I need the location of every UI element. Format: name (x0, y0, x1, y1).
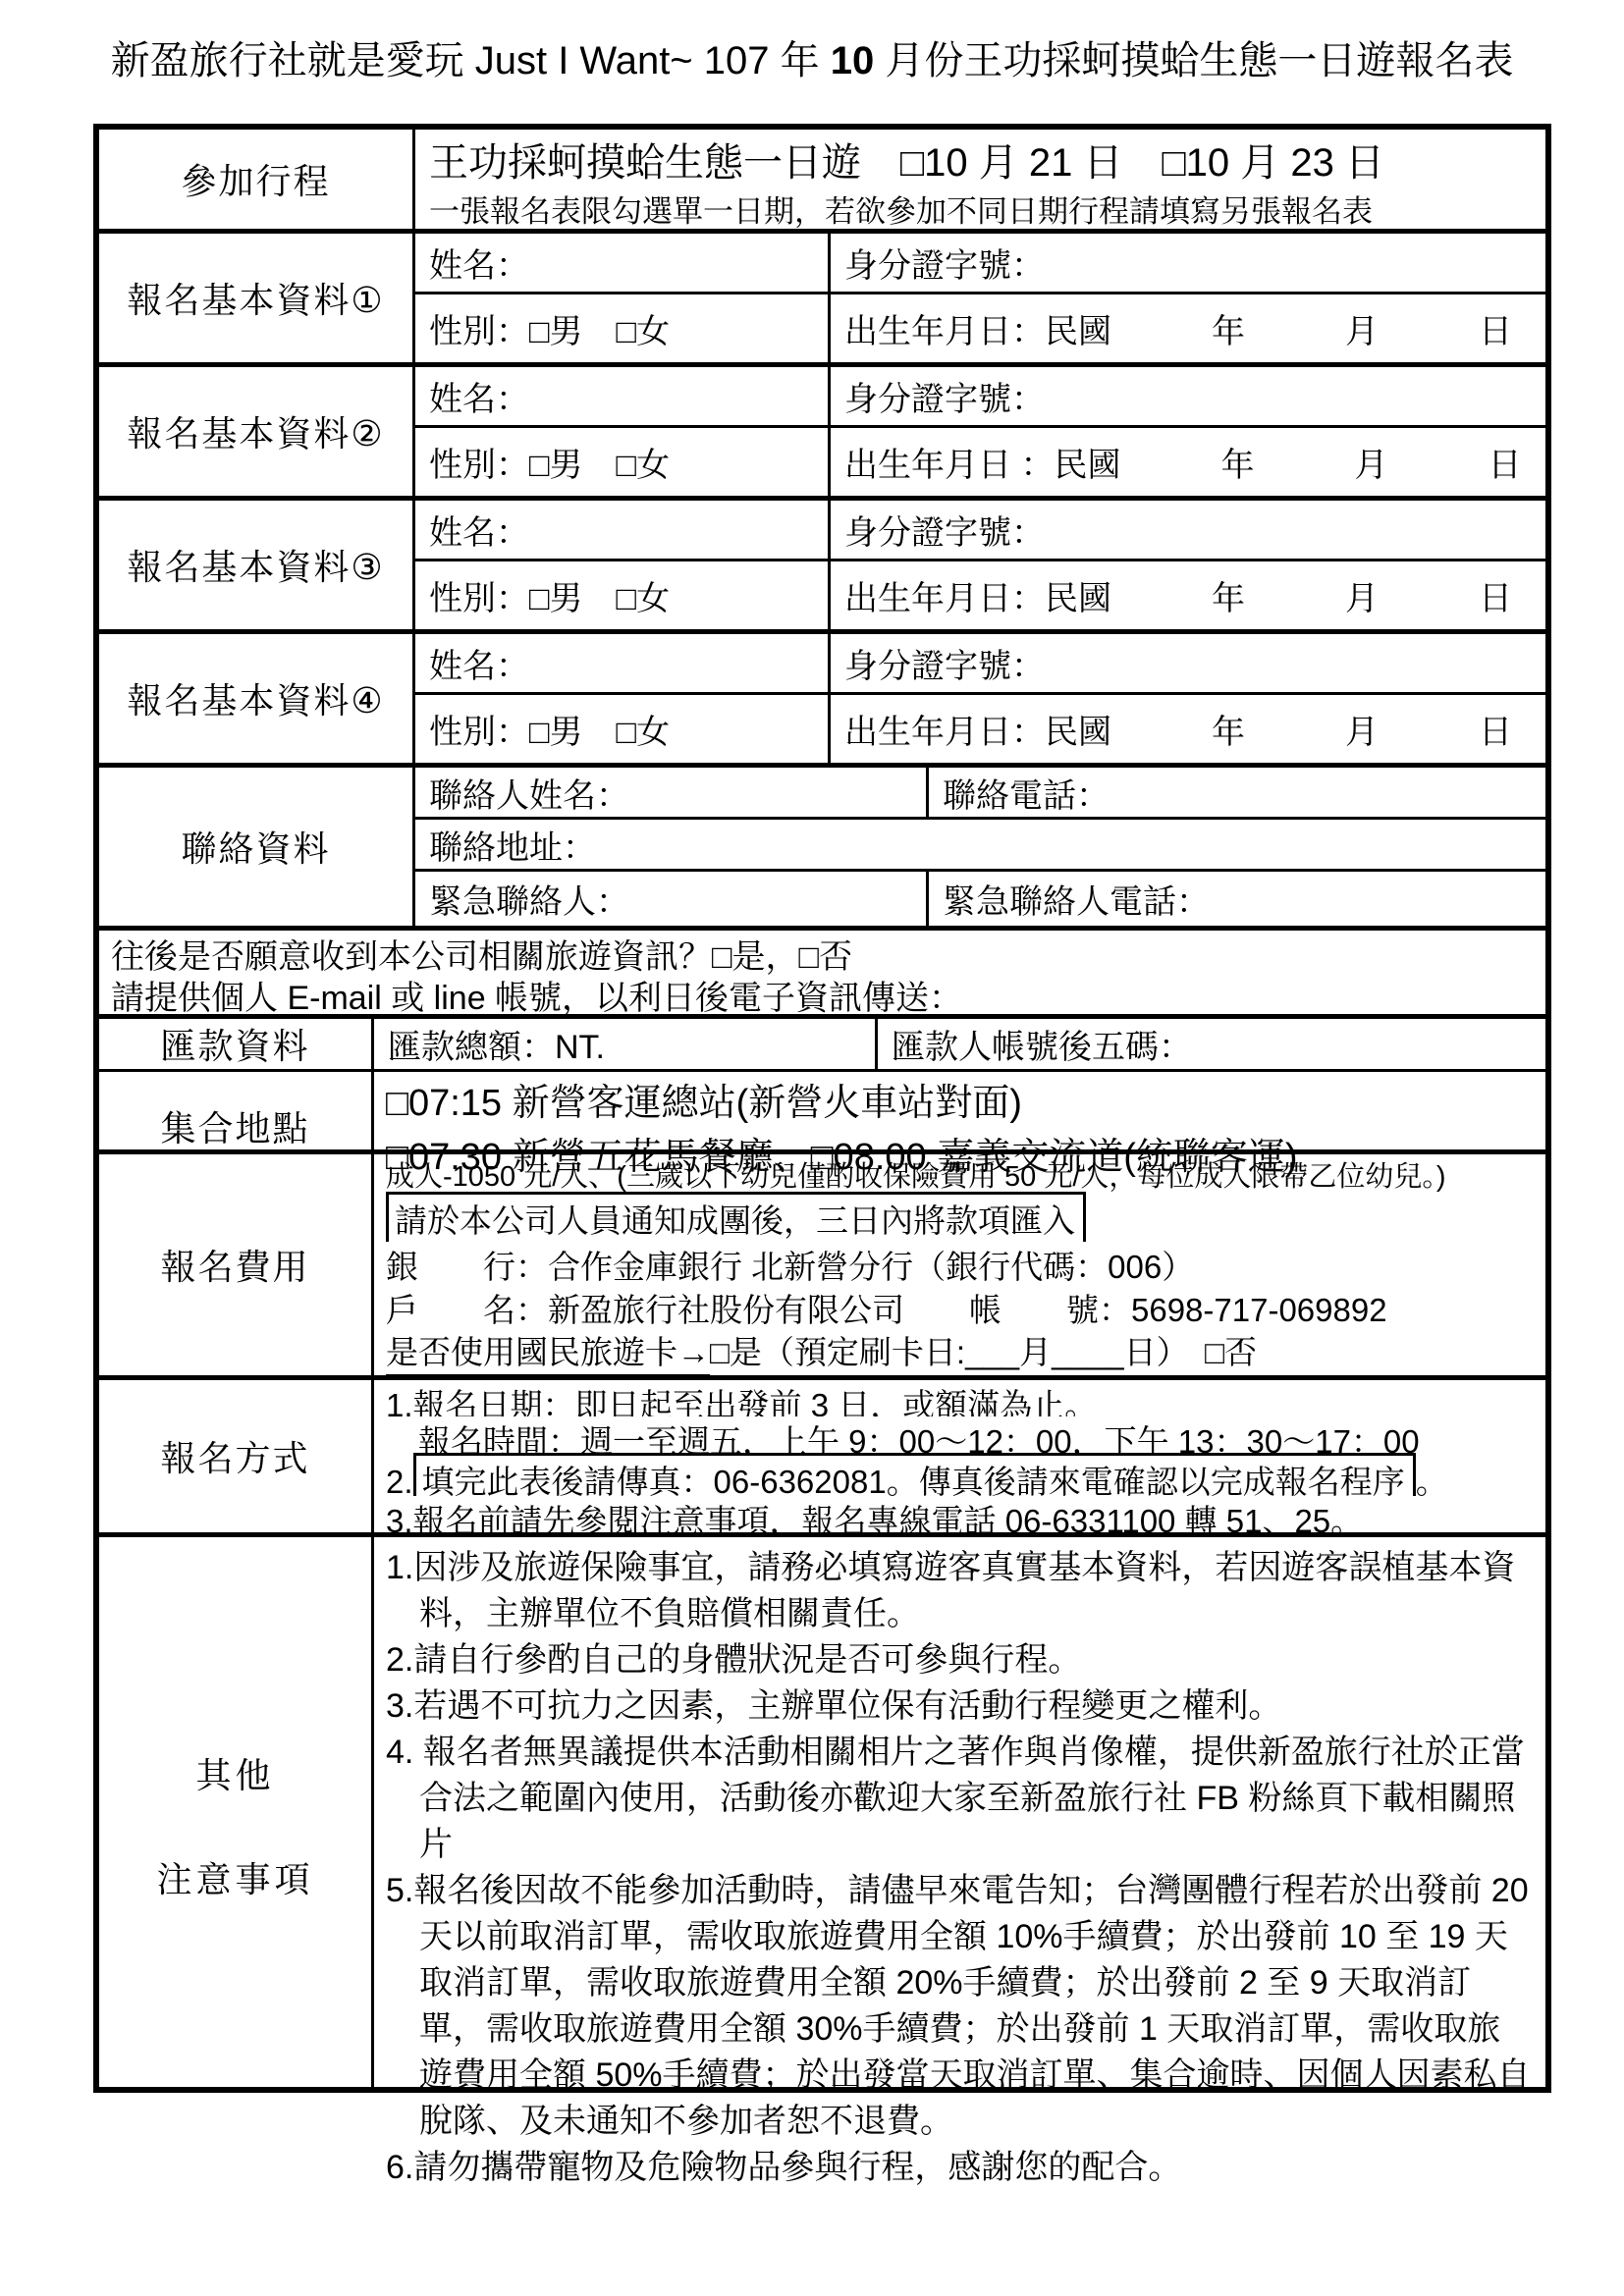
fee-deadline-line: 請於本公司人員通知成團後，三日內將款項匯入 (386, 1192, 1545, 1243)
method-hotline-line: 3.報名前請先參閱注意事項，報名專線電話 06-6331100 轉 51、25。 (386, 1496, 1545, 1532)
name-field: 姓名： (415, 234, 831, 292)
emergency-name-field: 緊急聯絡人： (415, 872, 929, 926)
note-item-1: 1.因涉及旅遊保險事宜，請務必填寫遊客真實基本資料，若因遊客誤植基本資料，主辦單… (386, 1545, 1532, 1637)
meeting-option-1: □07:15 新營客運總站(新營火車站對面) (386, 1072, 1545, 1126)
birth-field: 出生年月日 ：民國 年 月 日 (831, 428, 1545, 496)
section-trip: 參加行程 王功採蚵摸蛤生態一日遊 □10 月 21 日 □10 月 23 日 一… (99, 130, 1545, 234)
notes-label-attention: 注意事項 (156, 1852, 313, 1902)
section-marketing: 往後是否願意收到本公司相關旅遊資訊？□是，□否 請提供個人 E-mail 或 l… (99, 931, 1545, 1019)
trip-note: 一張報名表限勾選單一日期，若欲參加不同日期行程請填寫另張報名表 (415, 188, 1545, 229)
contact-address-field: 聯絡地址： (415, 820, 1545, 869)
contact-row-1: 聯絡人姓名： 聯絡電話： (415, 768, 1545, 820)
title-month-bold: 10 (831, 39, 875, 82)
note-item-4: 4. 報名者無異議提供本活動相關相片之著作與肖像權，提供新盈旅行社於正當合法之範… (386, 1730, 1532, 1868)
marketing-email-line: 請提供個人 E-mail 或 line 帳號，以利日後電子資訊傳送： (111, 978, 1545, 1019)
method-fax-line: 2.填完此表後請傳真：06-6362081。傳真後請來電確認以完成報名程序。 (386, 1453, 1545, 1496)
note-item-6: 6.請勿攜帶寵物及危險物品參與行程，感謝您的配合。 (386, 2145, 1532, 2191)
document-page: 新盈旅行社就是愛玩 Just I Want~ 107 年 10 月份王功採蚵摸蛤… (0, 0, 1624, 2296)
name-field: 姓名： (415, 501, 831, 559)
applicant-1-row-birth: 性別：□男 □女 出生年月日：民國 年 月 日 (415, 294, 1545, 362)
section-applicant-2: 報名基本資料② 姓名： 身分證字號： 性別：□男 □女 出生年月日 ：民國 年 … (99, 367, 1545, 501)
note-item-5: 5.報名後因故不能參加活動時，請儘早來電告知；台灣團體行程若於出發前 20 天以… (386, 1868, 1532, 2145)
note-item-2: 2.請自行參酌自己的身體狀況是否可參與行程。 (386, 1637, 1532, 1683)
applicant-3-label: 報名基本資料③ (99, 501, 415, 629)
id-field: 身分證字號： (831, 501, 1545, 559)
section-applicant-4: 報名基本資料④ 姓名： 身分證字號： 性別：□男 □女 出生年月日：民國 年 月… (99, 634, 1545, 768)
section-applicant-1: 報名基本資料① 姓名： 身分證字號： 性別：□男 □女 出生年月日：民國 年 月… (99, 234, 1545, 367)
trip-date-options: 王功採蚵摸蛤生態一日遊 □10 月 21 日 □10 月 23 日 (415, 130, 1545, 188)
id-field: 身分證字號： (831, 367, 1545, 425)
remittance-row: 匯款資料 匯款總額：NT. 匯款人帳號後五碼： (99, 1019, 1545, 1072)
name-field: 姓名： (415, 634, 831, 692)
section-fee: 報名費用 成人-1050 元/人、(三歲以下幼兒僅酌收保險費用 50 元/人，每… (99, 1154, 1545, 1380)
fee-travelcard-line: 是否使用國民旅遊卡→□是（預定刷卡日:___月____日） □否 (386, 1327, 1545, 1375)
fee-label: 報名費用 (99, 1154, 374, 1375)
name-field: 姓名： (415, 367, 831, 425)
gender-field: 性別：□男 □女 (415, 294, 831, 362)
contact-name-field: 聯絡人姓名： (415, 768, 929, 817)
fee-deadline-boxed: 請於本公司人員通知成團後，三日內將款項匯入 (386, 1192, 1086, 1243)
remittance-last5-field: 匯款人帳號後五碼： (878, 1019, 1545, 1069)
contact-phone-field: 聯絡電話： (929, 768, 1545, 817)
method-date-line: 1.報名日期：即日起至出發前 3 日，或額滿為止。 (386, 1380, 1545, 1416)
section-notes: 其他 注意事項 1.因涉及旅遊保險事宜，請務必填寫遊客真實基本資料，若因遊客誤植… (99, 1537, 1545, 2087)
page-title: 新盈旅行社就是愛玩 Just I Want~ 107 年 10 月份王功採蚵摸蛤… (0, 29, 1624, 85)
gender-field: 性別：□男 □女 (415, 695, 831, 763)
fee-price-line: 成人-1050 元/人、(三歲以下幼兒僅酌收保險費用 50 元/人，每位成人限帶… (386, 1154, 1545, 1192)
title-pre: 新盈旅行社就是愛玩 Just I Want~ 107 年 (111, 39, 831, 82)
id-field: 身分證字號： (831, 234, 1545, 292)
method-fax-suffix: 。 (1416, 1464, 1448, 1496)
note-item-3: 3.若遇不可抗力之因素，主辦單位保有活動行程變更之權利。 (386, 1683, 1532, 1730)
section-applicant-3: 報名基本資料③ 姓名： 身分證字號： 性別：□男 □女 出生年月日：民國 年 月… (99, 501, 1545, 634)
applicant-1-row-name: 姓名： 身分證字號： (415, 234, 1545, 294)
section-contact: 聯絡資料 聯絡人姓名： 聯絡電話： 聯絡地址： 緊急聯絡人： 緊急聯絡人電話： (99, 768, 1545, 931)
section-remit-meeting: 匯款資料 匯款總額：NT. 匯款人帳號後五碼： 集合地點 □07:15 新營客運… (99, 1019, 1545, 1154)
fee-bank-line: 銀 行：合作金庫銀行 北新營分行（銀行代碼：006） (386, 1242, 1545, 1284)
notes-label-other: 其他 (195, 1748, 274, 1798)
gender-field: 性別：□男 □女 (415, 428, 831, 496)
method-label: 報名方式 (99, 1380, 374, 1532)
remittance-total-field: 匯款總額：NT. (374, 1019, 878, 1069)
applicant-1-label: 報名基本資料① (99, 234, 415, 362)
registration-form-table: 參加行程 王功採蚵摸蛤生態一日遊 □10 月 21 日 □10 月 23 日 一… (93, 124, 1551, 2093)
birth-field: 出生年月日：民國 年 月 日 (831, 294, 1545, 362)
contact-row-2: 聯絡地址： (415, 820, 1545, 872)
gender-field: 性別：□男 □女 (415, 561, 831, 629)
id-field: 身分證字號： (831, 634, 1545, 692)
emergency-phone-field: 緊急聯絡人電話： (929, 872, 1545, 926)
applicant-2-label: 報名基本資料② (99, 367, 415, 496)
applicant-4-row-birth: 性別：□男 □女 出生年月日：民國 年 月 日 (415, 695, 1545, 763)
fee-travelcard-underlined: 是否使用國民旅遊卡→ (386, 1327, 710, 1375)
birth-field: 出生年月日：民國 年 月 日 (831, 695, 1545, 763)
method-time-line: 報名時間：週一至週五，上午 9：00～12：00，下午 13：30～17：00 (386, 1416, 1545, 1453)
applicant-2-row-name: 姓名： 身分證字號： (415, 367, 1545, 428)
fee-account-line: 戶 名：新盈旅行社股份有限公司 帳 號：5698-717-069892 (386, 1285, 1545, 1327)
applicant-3-row-name: 姓名： 身分證字號： (415, 501, 1545, 561)
method-fax-prefix: 2. (386, 1464, 413, 1496)
trip-content: 王功採蚵摸蛤生態一日遊 □10 月 21 日 □10 月 23 日 一張報名表限… (415, 130, 1545, 229)
remittance-label: 匯款資料 (99, 1019, 374, 1069)
birth-field: 出生年月日：民國 年 月 日 (831, 561, 1545, 629)
applicant-4-row-name: 姓名： 身分證字號： (415, 634, 1545, 695)
method-fax-boxed: 填完此表後請傳真：06-6362081。傳真後請來電確認以完成報名程序 (413, 1453, 1416, 1496)
trip-label: 參加行程 (99, 130, 415, 229)
contact-row-3: 緊急聯絡人： 緊急聯絡人電話： (415, 872, 1545, 926)
title-post: 月份王功採蚵摸蛤生態一日遊報名表 (874, 39, 1513, 82)
applicant-4-label: 報名基本資料④ (99, 634, 415, 763)
applicant-3-row-birth: 性別：□男 □女 出生年月日：民國 年 月 日 (415, 561, 1545, 629)
contact-label: 聯絡資料 (99, 768, 415, 926)
fee-travelcard-options: □是（預定刷卡日:___月____日） □否 (710, 1334, 1257, 1370)
marketing-optin-line: 往後是否願意收到本公司相關旅遊資訊？□是，□否 (111, 936, 1545, 978)
section-method: 報名方式 1.報名日期：即日起至出發前 3 日，或額滿為止。 報名時間：週一至週… (99, 1380, 1545, 1537)
applicant-2-row-birth: 性別：□男 □女 出生年月日 ：民國 年 月 日 (415, 428, 1545, 496)
